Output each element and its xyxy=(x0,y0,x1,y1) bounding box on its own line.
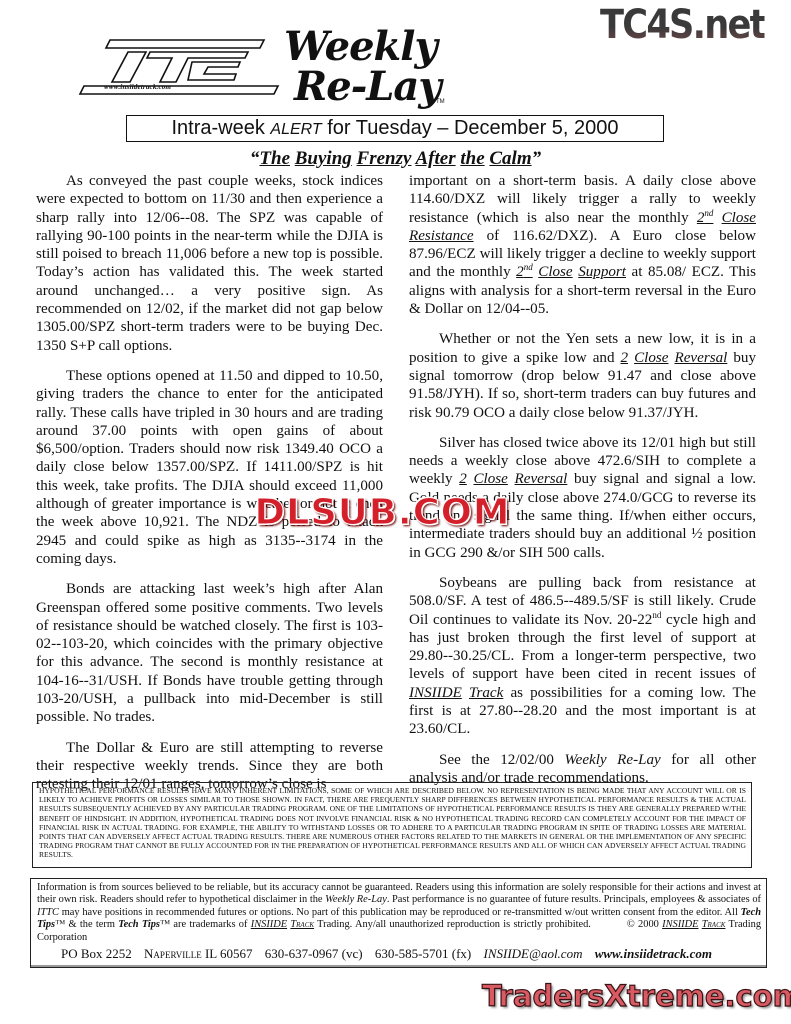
headline-word: the xyxy=(460,148,484,169)
headline-word: The xyxy=(259,148,290,169)
paragraph-soybeans-crude: Soybeans are pulling back from resistanc… xyxy=(409,574,756,739)
issue-title-alert: ALERT xyxy=(270,121,321,138)
term-support: Support xyxy=(578,264,626,280)
article-headline: “The Buying Frenzy After the Calm” xyxy=(0,148,791,170)
term-2nd: 2nd xyxy=(516,264,533,280)
issue-title-prefix: Intra-week xyxy=(171,117,270,139)
paragraph-options: These options opened at 11.50 and dipped… xyxy=(36,367,383,568)
headline-quote-close: ” xyxy=(532,148,542,169)
term-track: Track xyxy=(469,685,503,701)
masthead-relay: Re-Lay xyxy=(294,67,441,107)
term-close: Close xyxy=(634,350,668,366)
watermark-dlsub: DLSUB.COM xyxy=(254,493,510,533)
term-2: 2 xyxy=(621,350,629,366)
paragraph-bonds: Bonds are attacking last week’s high aft… xyxy=(36,580,383,726)
ittc-logo-icon xyxy=(68,36,288,98)
website-link[interactable]: www.insiidetrack.com xyxy=(595,946,712,961)
email-link[interactable]: INSIIDE@aol.com xyxy=(484,946,583,961)
masthead-weekly: Weekly xyxy=(284,27,437,67)
left-column: As conveyed the past couple weeks, stock… xyxy=(36,172,383,806)
watermark-tradersxtreme: TradersXtreme.com xyxy=(482,976,791,1016)
po-box: PO Box 2252 xyxy=(61,946,132,961)
headline-word: Calm xyxy=(489,148,531,169)
issue-title-box: Intra-week ALERT for Tuesday – December … xyxy=(126,115,664,142)
legal-text: Information is from sources believed to … xyxy=(37,882,761,944)
headline-quote-open: “ xyxy=(250,148,260,169)
phone-voice: 630-637-0967 (vc) xyxy=(265,946,363,961)
term-reversal: Reversal xyxy=(675,350,728,366)
right-column: important on a short-term basis. A daily… xyxy=(409,172,756,799)
term-reversal: Reversal xyxy=(515,471,568,487)
publication-name: Weekly Re-Lay xyxy=(564,752,660,768)
headline-word: Buying xyxy=(295,148,352,169)
logo-url: www.insiidetrack.com xyxy=(104,83,171,91)
term-2: 2 xyxy=(459,471,467,487)
city-address: Naperville IL 60567 xyxy=(144,946,252,961)
paragraph-yen: Whether or not the Yen sets a new low, i… xyxy=(409,330,756,421)
trademark-mark: TM xyxy=(436,99,445,105)
headline-word: After xyxy=(415,148,455,169)
term-close: Close xyxy=(473,471,507,487)
term-close: Close xyxy=(538,264,572,280)
issue-title-suffix: for Tuesday – December 5, 2000 xyxy=(322,117,619,139)
term-close: Close xyxy=(722,210,756,226)
term-resistance: Resistance xyxy=(409,228,474,244)
ittc-logo: www.insiidetrack.com xyxy=(68,36,288,98)
watermark-tc4s: TC4S.net xyxy=(600,2,765,48)
term-2nd: 2nd xyxy=(697,210,714,226)
contact-line: PO Box 2252 Naperville IL 60567 630-637-… xyxy=(37,946,761,962)
headline-word: Frenzy xyxy=(357,148,412,169)
hypothetical-disclaimer-box: HYPOTHETICAL PERFORMANCE RESULTS HAVE MA… xyxy=(32,782,752,868)
paragraph-dollar-euro-cont: important on a short-term basis. A daily… xyxy=(409,172,756,318)
term-insiide: INSIIDE xyxy=(409,685,462,701)
legal-info-box: Information is from sources believed to … xyxy=(30,878,767,968)
paragraph-stock-indices: As conveyed the past couple weeks, stock… xyxy=(36,172,383,355)
phone-fax: 630-585-5701 (fx) xyxy=(375,946,471,961)
